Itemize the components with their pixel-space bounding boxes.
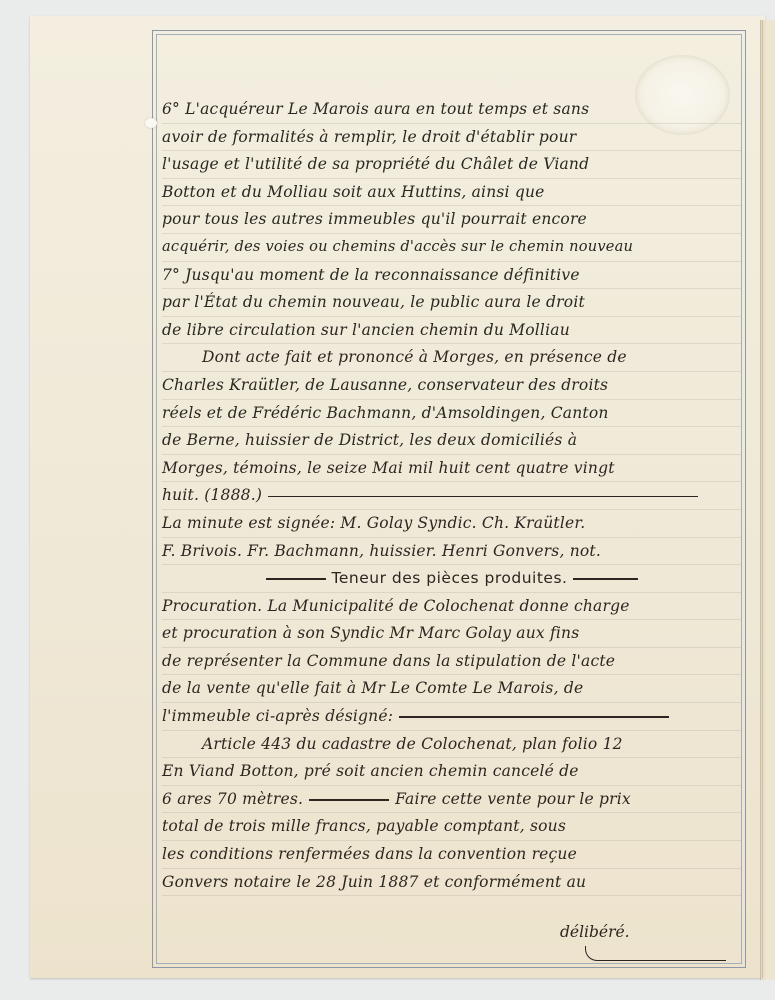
text-line: 7° Jusqu'au moment de la reconnaissance …: [162, 262, 742, 290]
text-line: La minute est signée: M. Golay Syndic. C…: [162, 510, 742, 538]
line-text: F. Brivois. Fr. Bachmann, huissier. Henr…: [162, 542, 601, 560]
text-line: Dont acte fait et prononcé à Morges, en …: [162, 344, 742, 372]
line-text: En Viand Botton, pré soit ancien chemin …: [162, 762, 579, 780]
text-line: avoir de formalités à remplir, le droit …: [162, 124, 742, 152]
line-text: Morges, témoins, le seize Mai mil huit c…: [162, 459, 615, 477]
text-line: 6° L'acquéreur Le Marois aura en tout te…: [162, 96, 742, 124]
text-line: l'immeuble ci-après désigné:: [162, 703, 742, 731]
text-line: de la vente qu'elle fait à Mr Le Comte L…: [162, 675, 742, 703]
text-line: de représenter la Commune dans la stipul…: [162, 648, 742, 676]
line-text: Procuration. La Municipalité de Colochen…: [162, 597, 630, 615]
text-line: de libre circulation sur l'ancien chemin…: [162, 317, 742, 345]
text-line: par l'État du chemin nouveau, le public …: [162, 289, 742, 317]
text-line: l'usage et l'utilité de sa propriété du …: [162, 151, 742, 179]
line-text: Charles Kraütler, de Lausanne, conservat…: [162, 376, 608, 394]
text-line: Morges, témoins, le seize Mai mil huit c…: [162, 455, 742, 483]
line-text: et procuration à son Syndic Mr Marc Gola…: [162, 624, 579, 642]
filler-rule: [268, 496, 698, 498]
line-text: 6 ares 70 mètres.: [162, 790, 303, 808]
line-text: les conditions renfermées dans la conven…: [162, 845, 577, 863]
text-line: Gonvers notaire le 28 Juin 1887 et confo…: [162, 869, 742, 897]
line-text: Faire cette vente pour le prix: [395, 790, 631, 808]
line-text: Gonvers notaire le 28 Juin 1887 et confo…: [162, 873, 586, 891]
fold-crease: [762, 20, 763, 978]
line-text: par l'État du chemin nouveau, le public …: [162, 293, 585, 311]
text-line: Article 443 du cadastre de Colochenat, p…: [162, 731, 742, 759]
handwritten-body: 6° L'acquéreur Le Marois aura en tout te…: [162, 96, 742, 896]
punch-hole: [145, 118, 157, 128]
line-text: 7° Jusqu'au moment de la reconnaissance …: [162, 266, 580, 284]
text-line: Botton et du Molliau soit aux Huttins, a…: [162, 179, 742, 207]
text-line: 6 ares 70 mètres.Faire cette vente pour …: [162, 786, 742, 814]
text-line: pour tous les autres immeubles qu'il pou…: [162, 206, 742, 234]
heading-rule-right: [573, 578, 638, 580]
line-text: La minute est signée: M. Golay Syndic. C…: [162, 514, 585, 532]
text-line: Procuration. La Municipalité de Colochen…: [162, 593, 742, 621]
text-line: les conditions renfermées dans la conven…: [162, 841, 742, 869]
text-line: réels et de Frédéric Bachmann, d'Amsoldi…: [162, 400, 742, 428]
line-text: de représenter la Commune dans la stipul…: [162, 652, 615, 670]
line-text: de Berne, huissier de District, les deux…: [162, 431, 577, 449]
closing-flourish: [585, 946, 726, 961]
closing-word: délibéré.: [560, 923, 630, 941]
text-line: En Viand Botton, pré soit ancien chemin …: [162, 758, 742, 786]
text-line: acquérir, des voies ou chemins d'accès s…: [162, 234, 742, 262]
heading-rule-left: [266, 578, 326, 580]
line-text: acquérir, des voies ou chemins d'accès s…: [162, 238, 633, 255]
text-line: F. Brivois. Fr. Bachmann, huissier. Henr…: [162, 538, 742, 566]
line-text: 6° L'acquéreur Le Marois aura en tout te…: [162, 100, 589, 118]
text-line: huit. (1888.): [162, 482, 742, 510]
line-text: de libre circulation sur l'ancien chemin…: [162, 321, 570, 339]
line-text: avoir de formalités à remplir, le droit …: [162, 128, 576, 146]
line-text: l'usage et l'utilité de sa propriété du …: [162, 155, 589, 173]
filler-rule: [399, 716, 669, 718]
line-text: réels et de Frédéric Bachmann, d'Amsoldi…: [162, 404, 609, 422]
heading-text: Teneur des pièces produites.: [332, 569, 568, 587]
text-line: total de trois mille francs, payable com…: [162, 813, 742, 841]
line-text: total de trois mille francs, payable com…: [162, 817, 566, 835]
text-line: de Berne, huissier de District, les deux…: [162, 427, 742, 455]
line-text: Article 443 du cadastre de Colochenat, p…: [202, 735, 623, 753]
text-line: Charles Kraütler, de Lausanne, conservat…: [162, 372, 742, 400]
line-text: l'immeuble ci-après désigné:: [162, 707, 393, 725]
line-text: huit. (1888.): [162, 486, 262, 504]
text-line: et procuration à son Syndic Mr Marc Gola…: [162, 620, 742, 648]
line-text: Botton et du Molliau soit aux Huttins, a…: [162, 183, 545, 201]
filler-rule: [309, 799, 389, 801]
line-text: de la vente qu'elle fait à Mr Le Comte L…: [162, 679, 583, 697]
line-text: Dont acte fait et prononcé à Morges, en …: [202, 348, 627, 366]
section-heading: Teneur des pièces produites.: [162, 565, 742, 593]
line-text: pour tous les autres immeubles qu'il pou…: [162, 210, 587, 228]
